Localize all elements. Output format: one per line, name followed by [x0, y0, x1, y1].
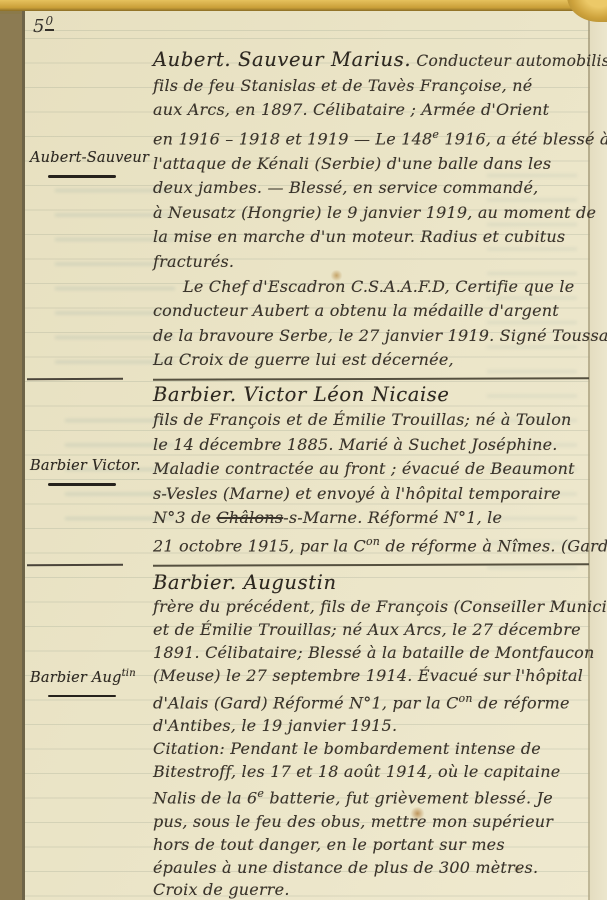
- entry-name: Aubert. Sauveur Marius.: [153, 48, 411, 71]
- entry-title: Barbier. Victor Léon Nicaise: [153, 383, 593, 408]
- margin-dash: [48, 483, 116, 486]
- entry-line: La Croix de guerre lui est décernée,: [153, 348, 593, 373]
- entry-line: Nalis de la 6e batterie, fut grièvement …: [153, 783, 593, 810]
- margin-name-text: Barbier Victor.: [30, 458, 141, 474]
- margin-name-label: Aubert-Sauveur: [30, 150, 154, 178]
- entry-body: Barbier. Victor Léon Nicaise fils de Fra…: [153, 383, 593, 559]
- margin-dash: [48, 695, 116, 698]
- separator-segment: [153, 378, 589, 381]
- register-page: 50 Aubert-SauveurAubert. Sauveur Marius.…: [25, 10, 607, 900]
- entry-line: d'Antibes, le 19 janvier 1915.: [153, 715, 593, 738]
- entry-line: épaules à une distance de plus de 300 mè…: [153, 857, 593, 880]
- margin-name-label: Barbier Victor.: [30, 458, 154, 486]
- margin-name-text: Aubert-Sauveur: [30, 150, 149, 166]
- entry-line: Maladie contractée au front ; évacué de …: [153, 457, 593, 481]
- entry-line: hors de tout danger, en le portant sur m…: [153, 834, 593, 857]
- entry-title: Aubert. Sauveur Marius. Conducteur autom…: [153, 48, 593, 74]
- entry-body: Aubert. Sauveur Marius. Conducteur autom…: [153, 48, 593, 373]
- entry-line: N°3 de Châlons-s-Marne. Réformé N°1, le: [153, 506, 593, 530]
- entry-line: pus, sous le feu des obus, mettre mon su…: [153, 811, 593, 834]
- entry-line: fils de François et de Émilie Trouillas;…: [153, 408, 593, 432]
- entry-line: fils de feu Stanislas et de Tavès Franço…: [153, 74, 593, 99]
- margin-name-label: Barbier Augtin: [30, 668, 154, 697]
- entry-line: à Neusatz (Hongrie) le 9 janvier 1919, a…: [153, 201, 593, 226]
- entry-name: Barbier. Victor Léon Nicaise: [153, 383, 450, 406]
- entry-line: fracturés.: [153, 250, 593, 275]
- entry-line: de la bravoure Serbe, le 27 janvier 1919…: [153, 324, 593, 349]
- entry-line: conducteur Aubert a obtenu la médaille d…: [153, 299, 593, 324]
- book-gilded-top-edge: [0, 0, 607, 11]
- separator-segment: [27, 378, 123, 381]
- entry-line: la mise en marche d'un moteur. Radius et…: [153, 225, 593, 250]
- book-binding-edge: [0, 0, 25, 900]
- entry-line: Bitestroff, les 17 et 18 août 1914, où l…: [153, 761, 593, 784]
- entry-line: Citation: Pendant le bombardement intens…: [153, 738, 593, 761]
- entry-separator: [27, 378, 589, 380]
- entry-line: 21 octobre 1915, par la Con de réforme à…: [153, 530, 593, 559]
- entry-line: le 14 décembre 1885. Marié à Suchet José…: [153, 433, 593, 457]
- register-entry: Barbier AugtinBarbier. Augustin frère du…: [25, 572, 593, 900]
- separator-segment: [153, 564, 589, 567]
- entry-line: et de Émilie Trouillas; né Aux Arcs, le …: [153, 619, 593, 642]
- entry-line: deux jambes. — Blessé, en service comman…: [153, 176, 593, 201]
- entry-separator: [27, 564, 589, 566]
- entry-line: aux Arcs, en 1897. Célibataire ; Armée d…: [153, 98, 593, 123]
- entry-line: (Meuse) le 27 septembre 1914. Évacué sur…: [153, 665, 593, 688]
- register-entry: Barbier Victor.Barbier. Victor Léon Nica…: [25, 383, 593, 566]
- separator-segment: [27, 564, 123, 567]
- margin-name-text: Barbier Augtin: [30, 670, 136, 686]
- scanned-register-page: 50 Aubert-SauveurAubert. Sauveur Marius.…: [0, 0, 607, 900]
- entry-line: s-Vesles (Marne) et envoyé à l'hôpital t…: [153, 482, 593, 506]
- margin-dash: [48, 175, 116, 178]
- entry-line: d'Alais (Gard) Réformé N°1, par la Con d…: [153, 688, 593, 715]
- entry-body: Barbier. Augustin frère du précédent, fi…: [153, 572, 593, 900]
- entries-container: Aubert-SauveurAubert. Sauveur Marius. Co…: [25, 10, 607, 900]
- entry-line: Croix de guerre.: [153, 879, 593, 900]
- entry-line: en 1916 – 1918 et 1919 — Le 148e 1916, a…: [153, 123, 593, 152]
- entry-name: Barbier. Augustin: [153, 571, 337, 594]
- entry-line: 1891. Célibataire; Blessé à la bataille …: [153, 642, 593, 665]
- entry-title-rest: Conducteur automobiliste,: [416, 52, 607, 70]
- entry-line: l'attaque de Kénali (Serbie) d'une balle…: [153, 152, 593, 177]
- register-entry: Aubert-SauveurAubert. Sauveur Marius. Co…: [25, 48, 593, 380]
- entry-line: frère du précédent, fils de François (Co…: [153, 596, 593, 619]
- entry-title: Barbier. Augustin: [153, 572, 593, 596]
- entry-line: Le Chef d'Escadron C.S.A.A.F.D, Certifie…: [153, 275, 593, 300]
